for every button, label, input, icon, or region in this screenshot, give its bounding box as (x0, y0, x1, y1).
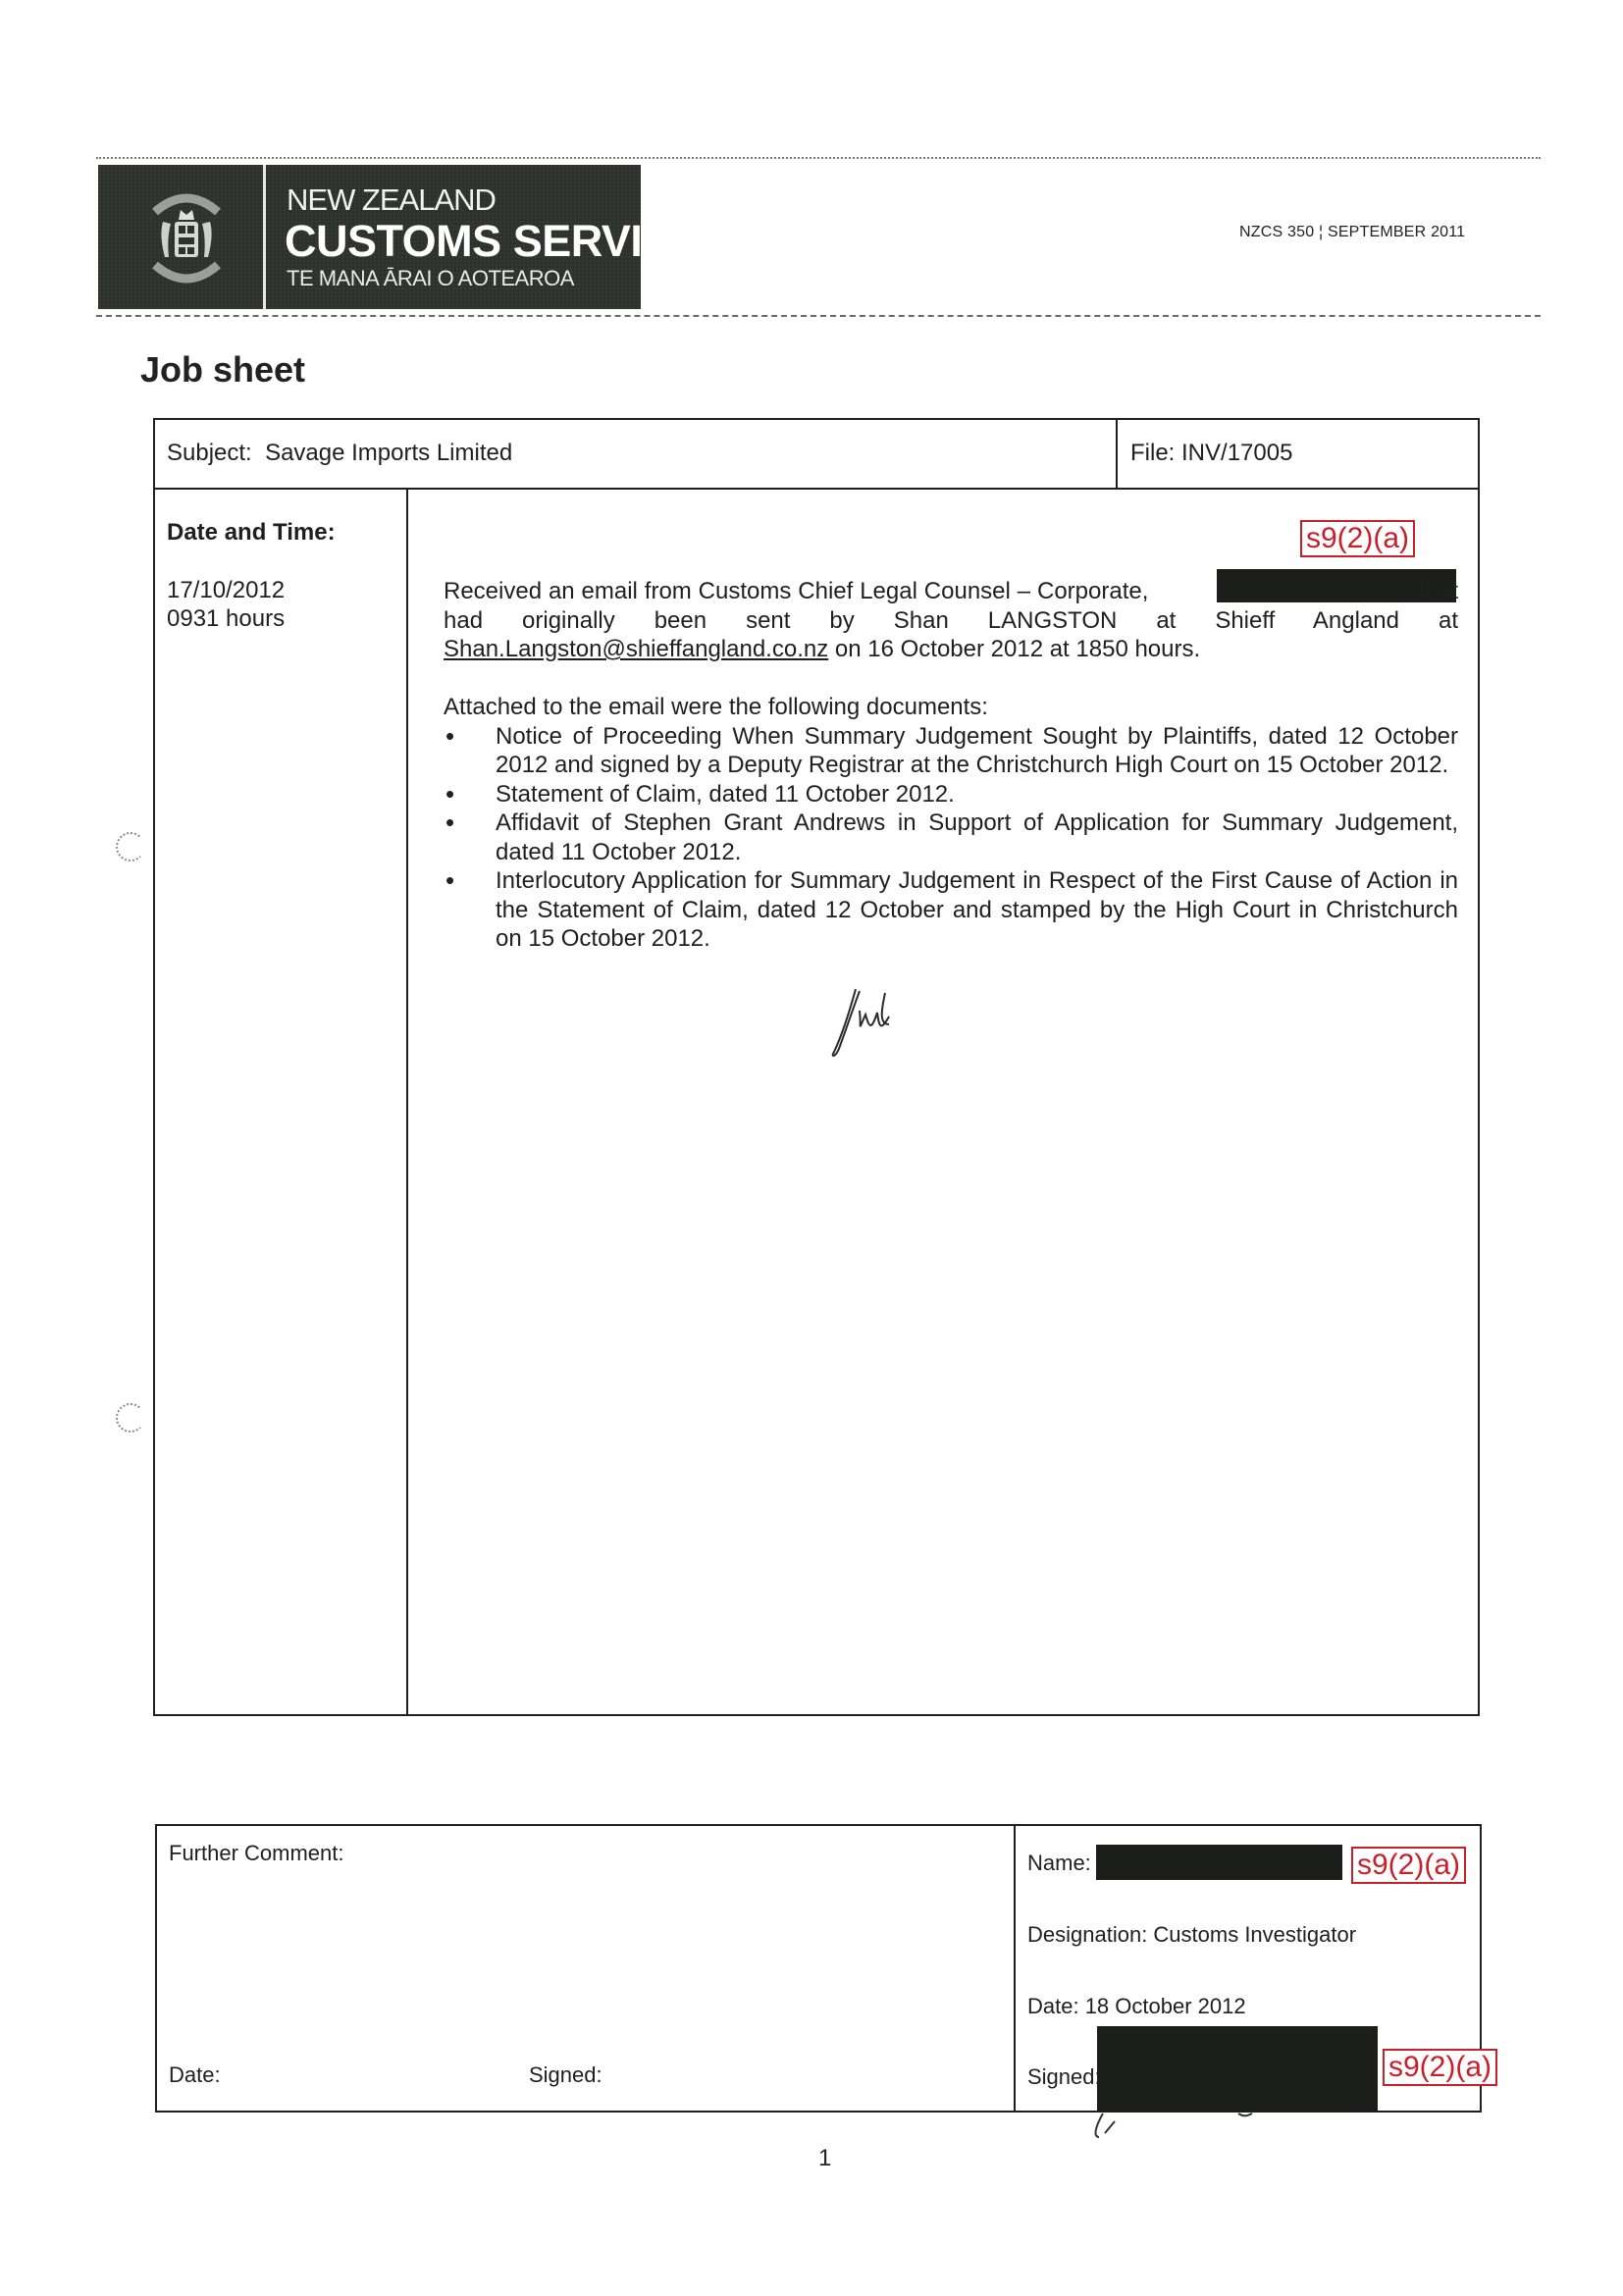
main-box-date-column-divider (406, 488, 408, 1716)
logo-line-maori-name: TE MANA ĀRAI O AOTEAROA (287, 266, 574, 291)
redaction-tag: s9(2)(a) (1300, 520, 1415, 557)
subject-label: Subject: (167, 440, 252, 466)
nz-coat-of-arms-icon (145, 183, 228, 292)
redacted-officer-name (1096, 1845, 1342, 1880)
initials-signature (820, 981, 928, 1060)
logo-line-customs-service: CUSTOMS SERVICE (285, 216, 703, 267)
main-box-border-top (153, 418, 1480, 420)
list-item: Notice of Proceeding When Summary Judgem… (444, 722, 1458, 780)
further-comment-date-label: Date: (169, 2062, 221, 2088)
officer-signed-label: Signed: (1027, 2064, 1101, 2090)
footer-box-divider (1014, 1824, 1016, 2113)
header-rule-bottom (96, 315, 1541, 317)
list-item: Affidavit of Stephen Grant Andrews in Su… (444, 809, 1458, 866)
entry-date: 17/10/2012 (167, 577, 285, 604)
footer-box-border-bottom (155, 2111, 1482, 2113)
paragraph-email-received: Received an email from Customs Chief Leg… (444, 577, 1458, 664)
footer-box-border-top (155, 1824, 1482, 1826)
entry-time: 0931 hours (167, 605, 285, 633)
attachments-list: Notice of Proceeding When Summary Judgem… (444, 722, 1458, 954)
attachments-section: Attached to the email were the following… (444, 693, 1458, 954)
officer-designation: Designation: Customs Investigator (1027, 1922, 1356, 1948)
attachments-intro: Attached to the email were the following… (444, 693, 1458, 722)
signature-trace (1091, 2110, 1268, 2149)
page-number: 1 (818, 2145, 831, 2172)
main-box-border-right (1478, 418, 1480, 1716)
paragraph-text: Received an email from Customs Chief Leg… (444, 578, 1148, 604)
list-item: Interlocutory Application for Summary Ju… (444, 866, 1458, 954)
main-box-border-bottom (153, 1714, 1480, 1716)
officer-date: Date: 18 October 2012 (1027, 1994, 1246, 2019)
paragraph-text: on 16 October 2012 at 1850 hours. (828, 636, 1200, 662)
email-link[interactable]: Shan.Langston@shieffangland.co.nz (444, 636, 828, 662)
file-label: File: (1130, 440, 1175, 466)
redacted-signature (1097, 2026, 1378, 2111)
main-box-file-divider (1116, 418, 1118, 489)
header-rule-top (96, 157, 1541, 159)
file-field: File: INV/17005 (1130, 440, 1292, 467)
form-id: NZCS 350 ¦ SEPTEMBER 2011 (1239, 224, 1465, 241)
main-box-subject-divider (153, 488, 1480, 490)
hole-punch-mark (116, 1403, 145, 1433)
further-comment-label: Further Comment: (169, 1841, 344, 1866)
page-title: Job sheet (140, 349, 305, 391)
redaction-tag: s9(2)(a) (1351, 1847, 1466, 1884)
logo-divider (263, 165, 266, 309)
further-comment-signed-label: Signed: (529, 2062, 602, 2088)
logo-line-new-zealand: NEW ZEALAND (287, 183, 496, 218)
hole-punch-mark (116, 832, 145, 861)
officer-name-label: Name: (1027, 1851, 1091, 1876)
date-time-label: Date and Time: (167, 519, 336, 547)
file-value: INV/17005 (1181, 440, 1292, 466)
subject-value: Savage Imports Limited (265, 440, 512, 466)
subject-field: Subject: Savage Imports Limited (167, 440, 512, 467)
main-box-border-left (153, 418, 155, 1716)
list-item: Statement of Claim, dated 11 October 201… (444, 780, 1458, 809)
footer-box-border-left (155, 1824, 157, 2113)
redaction-tag: s9(2)(a) (1383, 2049, 1497, 2086)
